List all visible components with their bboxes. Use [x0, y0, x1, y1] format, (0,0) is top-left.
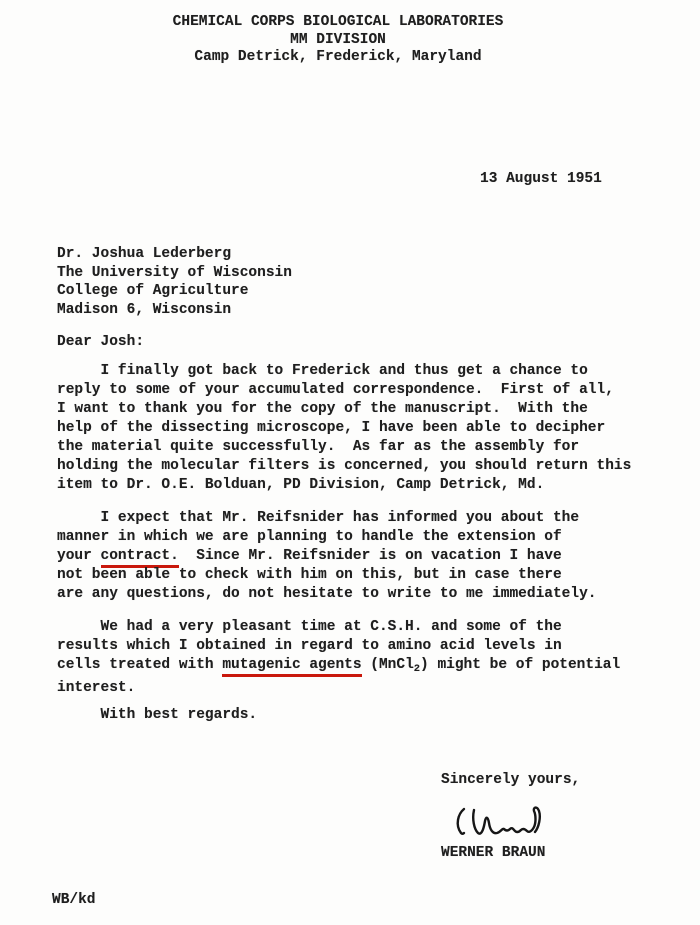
text-line: reply to some of your accumulated corres… — [57, 381, 631, 400]
paragraph: I expect that Mr. Reifsnider has informe… — [57, 509, 631, 604]
text-line: I want to thank you for the copy of the … — [57, 400, 631, 419]
paragraph: We had a very pleasant time at C.S.H. an… — [57, 618, 631, 698]
text-segment: I finally got back to Frederick and thus… — [57, 363, 588, 379]
signer-name: WERNER BRAUN — [441, 845, 545, 861]
text-line: are any questions, do not hesitate to wr… — [57, 585, 631, 604]
letterhead-division: MM DIVISION — [0, 32, 676, 50]
text-segment: item to Dr. O.E. Bolduan, PD Division, C… — [57, 477, 544, 493]
text-line: I finally got back to Frederick and thus… — [57, 362, 631, 381]
text-segment: ) might be of potential — [420, 657, 620, 673]
text-segment: I want to thank you for the copy of the … — [57, 401, 588, 417]
text-segment: With best regards. — [57, 707, 257, 723]
text-line: cells treated with mutagenic agents (MnC… — [57, 656, 631, 679]
text-segment: reply to some of your accumulated corres… — [57, 382, 614, 398]
text-segment: Since Mr. Reifsnider is on vacation I ha… — [179, 548, 562, 564]
text-segment: (MnCl — [362, 657, 414, 673]
recipient-department: College of Agriculture — [57, 282, 292, 301]
text-line: holding the molecular filters is concern… — [57, 457, 631, 476]
date-line: 13 August 1951 — [480, 171, 602, 187]
letterhead-location: Camp Detrick, Frederick, Maryland — [0, 49, 676, 67]
text-line: We had a very pleasant time at C.S.H. an… — [57, 618, 631, 637]
recipient-institution: The University of Wisconsin — [57, 264, 292, 283]
letterhead: CHEMICAL CORPS BIOLOGICAL LABORATORIES M… — [0, 14, 676, 67]
text-segment: your — [57, 548, 101, 564]
red-underlined-text: contract. — [101, 548, 179, 568]
text-line: item to Dr. O.E. Bolduan, PD Division, C… — [57, 476, 631, 495]
text-segment: the material quite successfully. As far … — [57, 439, 579, 455]
text-segment: cells treated with — [57, 657, 222, 673]
text-segment: manner in which we are planning to handl… — [57, 529, 562, 545]
letterhead-organization: CHEMICAL CORPS BIOLOGICAL LABORATORIES — [0, 14, 676, 32]
text-line: the material quite successfully. As far … — [57, 438, 631, 457]
text-line: your contract. Since Mr. Reifsnider is o… — [57, 547, 631, 566]
text-segment: I expect that Mr. Reifsnider has informe… — [57, 510, 579, 526]
text-segment: are any questions, do not hesitate to wr… — [57, 586, 597, 602]
recipient-name: Dr. Joshua Lederberg — [57, 245, 292, 264]
text-segment: help of the dissecting microscope, I hav… — [57, 420, 605, 436]
paragraph: With best regards. — [57, 706, 631, 725]
text-line: interest. — [57, 679, 631, 698]
text-line: I expect that Mr. Reifsnider has informe… — [57, 509, 631, 528]
text-line: With best regards. — [57, 706, 631, 725]
text-line: manner in which we are planning to handl… — [57, 528, 631, 547]
letter-page: CHEMICAL CORPS BIOLOGICAL LABORATORIES M… — [0, 0, 700, 925]
text-segment: holding the molecular filters is concern… — [57, 458, 631, 474]
text-segment: interest. — [57, 680, 135, 696]
letter-body: I finally got back to Frederick and thus… — [57, 362, 631, 739]
text-line: not been able to check with him on this,… — [57, 566, 631, 585]
text-line: help of the dissecting microscope, I hav… — [57, 419, 631, 438]
salutation: Dear Josh: — [57, 334, 144, 350]
paragraph: I finally got back to Frederick and thus… — [57, 362, 631, 495]
text-line: results which I obtained in regard to am… — [57, 637, 631, 656]
signature — [450, 804, 552, 842]
text-segment: We had a very pleasant time at C.S.H. an… — [57, 619, 562, 635]
text-segment: not been able to check with him on this,… — [57, 567, 562, 583]
text-segment: results which I obtained in regard to am… — [57, 638, 562, 654]
recipient-city: Madison 6, Wisconsin — [57, 301, 292, 320]
closing-phrase: Sincerely yours, — [441, 772, 580, 788]
typist-initials: WB/kd — [52, 892, 96, 908]
red-underlined-text: mutagenic agents — [222, 657, 361, 677]
recipient-address: Dr. Joshua Lederberg The University of W… — [57, 245, 292, 319]
